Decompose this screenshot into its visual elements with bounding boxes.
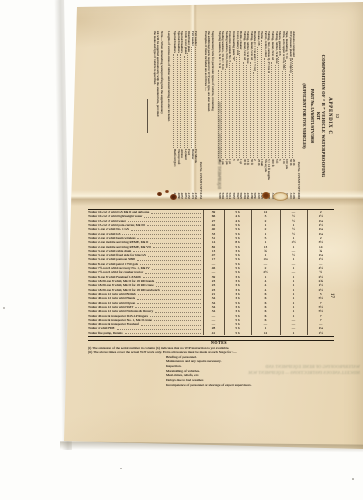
- dot-leader: [141, 325, 201, 326]
- dot-leader: [125, 333, 201, 334]
- dot-leader: [285, 60, 286, 157]
- rust-stain: [262, 192, 270, 199]
- kit-item-name: Undersealing paste “R”: [231, 31, 235, 61]
- kit-item-name: Tubing, metal, ⅜ in od: [270, 31, 274, 60]
- dot-leader: [137, 299, 200, 300]
- supp-item-row: Felt washer Humber 4174: [190, 31, 194, 199]
- dot-leader: [155, 312, 200, 313]
- dot-leader: [137, 303, 200, 304]
- dust-speck: [3, 307, 5, 309]
- dust-speck: [120, 468, 122, 469]
- kit-table-part-no-header: Part No. LV6/MT1/STV/4694: [296, 31, 300, 199]
- supp-para-line1: Supplementary kits for particular types …: [210, 31, 214, 199]
- kit-item-name: Sheets, gauzed U/S: [278, 31, 282, 56]
- trailer-serial-no: 41: [203, 331, 224, 335]
- kit-item-row: Cover, battery vent 6 5927: [235, 31, 239, 199]
- supp-item-row: Felt washer For Morris 4154: [194, 31, 198, 199]
- rust-stain: [157, 192, 162, 196]
- kit-item-name: Tubing, metal, ¼ in od: [249, 31, 253, 60]
- demand-note: Note.—When demanding waterproofing kits …: [152, 31, 163, 199]
- dot-leader: [195, 47, 196, 147]
- dot-leader: [156, 282, 200, 283]
- trailer-col-3-value: 12: [251, 331, 280, 335]
- dot-leader: [239, 51, 240, 157]
- supp-item-make: Bedford QLC: [173, 149, 177, 185]
- kit-item-name: Asbestos compound: [292, 31, 296, 57]
- kit-item-name: Tape, insulating, ½ in: [285, 31, 289, 59]
- kit-item-row: Tubing, metal, ⅜ in od 300 ft 3118: [270, 31, 274, 199]
- trailer-label: Trailer fire pump, Dennis: [88, 331, 123, 335]
- demand-note-line1: Note.—When demanding waterproofing kits …: [159, 31, 163, 199]
- kit-item-name: Sealing washers, ⅜ in, boxes: [224, 31, 228, 68]
- kit-item-row: W/P pressure plastic (or Gripon) 50 lb 3…: [288, 31, 292, 199]
- supp-item-row: Distributor plate Ford 4153: [187, 31, 191, 199]
- lengths-note: Lengths of various sizes of rubber and m…: [166, 31, 170, 191]
- supplementary-items-table: Felt washer For Morris 4154 Felt washer …: [173, 31, 198, 201]
- kit-item-row: Tubing, rubber, ⅜ in bore 5 ft 3114: [274, 31, 278, 199]
- trailer-col-5-value: 1½: [307, 331, 334, 335]
- supp-item-row: Cloth cover plates Leyland 4851: [183, 31, 187, 199]
- dust-speck: [352, 478, 354, 480]
- dot-leader: [152, 269, 201, 270]
- supp-item-name: Special breathers: [176, 31, 180, 53]
- kit-title-line1: COMPOSITION OF “ B ” VEHICLE WATERPROOFI…: [321, 31, 326, 201]
- kit-item-name: Fabric, cotton, oiled: [263, 31, 267, 57]
- dot-leader: [144, 217, 200, 218]
- dot-leader: [246, 65, 247, 157]
- dot-leader: [264, 58, 265, 157]
- dot-leader: [177, 54, 178, 147]
- supplementary-paragraph: Supplementary kits for particular types …: [203, 31, 214, 199]
- show-through-text-page12: EQUIPMENT WATERPROOFING INSTRUCTIONS: [217, 59, 222, 189]
- kit-item-row: Tubing, rubber, ¼ in bore 15 ft 4364: [246, 31, 250, 199]
- supp-item-name: Special breathers: [180, 31, 184, 53]
- kit-item-row: Tubing, metal, ⅛ in od 30 ft 4394: [242, 31, 246, 199]
- end-rule: [147, 99, 148, 133]
- dot-leader: [184, 56, 185, 148]
- supp-table-part-no-header: Part No. LV6/MT1/STV/4154: [198, 31, 202, 199]
- dot-leader: [253, 72, 254, 157]
- kit-contents-table: Asbestos compound 20 lb 3109 W/P pressur…: [217, 31, 295, 201]
- rust-stain: [165, 190, 169, 193]
- dot-leader: [236, 57, 237, 158]
- kit-item-row: Undersealing paste “R” 5 5957: [231, 31, 235, 199]
- kit-item-name: Cover, battery vent: [235, 31, 239, 55]
- dot-leader: [278, 57, 279, 157]
- sufficiency-line: (SUFFICIENT FOR FIVE VEHICLES): [302, 31, 307, 201]
- supp-item-name: Cloth cover plates: [183, 31, 187, 54]
- supp-item-name: Special breathers: [173, 31, 177, 53]
- dot-leader: [282, 71, 283, 157]
- kit-item-name: Bottle, cleaner: [239, 31, 243, 50]
- dot-leader: [150, 316, 201, 317]
- kit-item-row: Sealing washers, ⅜ in, boxes 1 pk 5315: [224, 31, 228, 199]
- kit-item-row: Grease, OS 25 lb 4345: [256, 31, 260, 199]
- dot-leader: [154, 320, 201, 321]
- page-12-rotated: 12 APPENDIX C COMPOSITION OF “ B ” VEHIC…: [68, 31, 340, 201]
- trailer-table-body: Trailer 10-cwt 2 whld GS Mk II and airbo…: [88, 210, 334, 335]
- dot-leader: [187, 53, 188, 147]
- supp-para-line3: Examples of items included are as follow…: [203, 31, 207, 199]
- page-12-number: 12: [335, 31, 340, 201]
- dot-leader: [150, 243, 200, 244]
- dot-leader: [250, 62, 251, 158]
- kit-item-qty: 1 qt: [239, 159, 243, 185]
- show-through-line2: MISCELLANEOUS INSTRUCTIONS — EQUIPMENT W…: [248, 370, 360, 376]
- dot-leader: [292, 58, 293, 157]
- show-through-text-notes: WATERPROOFING OF REME EQUIPMENT AND MISC…: [248, 364, 360, 376]
- kit-item-qty: 300 ft: [270, 159, 274, 185]
- kit-item-name: Wire, soft copper or iron, 16G: [281, 31, 285, 70]
- trailer-row: Trailer fire pump, Dennis 41 5 h 12 1 1½: [88, 331, 334, 335]
- supp-item-name: Distributor plate: [187, 31, 191, 52]
- kit-item-name: Tubing, metal, ⅛ in od: [242, 31, 246, 60]
- dot-leader: [275, 65, 276, 157]
- kit-item-row: Protective varnish No. 5 1 pt 5314: [228, 31, 232, 199]
- rust-stain-halo: [273, 192, 288, 201]
- dot-leader: [148, 256, 201, 257]
- dot-leader: [232, 63, 233, 158]
- kit-item-row: Asbestos compound 20 lb 3109: [292, 31, 296, 199]
- kit-item-row: Brushes (1 × 1 in and 1 × ½ in) 2 5850: [253, 31, 257, 199]
- note-allowance-item: Incompetence of personnel or shortage of…: [166, 383, 350, 388]
- dot-leader: [229, 63, 230, 157]
- dot-leader: [191, 47, 192, 147]
- kit-item-name: Tubing, rubber, ¼ in bore: [246, 31, 250, 64]
- page-17-number: 17: [329, 293, 334, 298]
- kit-item-row: Tape, insulating, ½ in 100 yds 3111: [285, 31, 289, 199]
- dot-leader: [257, 47, 258, 157]
- dot-leader: [180, 54, 181, 147]
- dot-leader: [268, 75, 269, 158]
- supp-item-name: Felt washer: [194, 31, 198, 46]
- dot-leader: [156, 286, 201, 287]
- kit-item-name: Tubing, flex, canvas Q. 2½ ins id: [267, 31, 271, 73]
- dot-leader: [145, 273, 200, 274]
- kit-item-qty: 25 lb: [256, 159, 260, 185]
- trailer-times-table: Trailer 10-cwt 2 whld GS Mk II and airbo…: [88, 209, 334, 341]
- kit-item-name: Tubing, rubber, ⅜ in bore: [274, 31, 278, 64]
- dot-leader: [261, 40, 262, 157]
- kit-item-name: Brushes (1 × 1 in and 1 × ½ in): [253, 31, 257, 71]
- trailer-col-4-value: 1: [280, 331, 307, 335]
- scanned-document: 12 APPENDIX C COMPOSITION OF “ B ” VEHIC…: [0, 0, 363, 500]
- kit-item-row: Fabric, cotton, oiled 5¾ sq yds 3190: [263, 31, 267, 199]
- supp-item-row: Special breathers Albion 4857: [180, 31, 184, 199]
- supp-item-name: Felt washer: [190, 31, 194, 46]
- rust-stain: [170, 194, 177, 200]
- dot-leader: [289, 74, 290, 158]
- kit-item-qty: 6: [235, 159, 239, 185]
- kit-item-row: Tubing, metal, ¼ in od 50 ft 4366: [249, 31, 253, 199]
- appendix-heading: APPENDIX C: [326, 31, 332, 201]
- kit-item-qty: 1 lb: [281, 159, 285, 185]
- supp-item-row: Special breathers Bedford QLC 4867: [173, 31, 177, 199]
- dot-leader: [173, 54, 174, 147]
- kit-part-number-line: PART No. LV6/MT1/STV/3010: [309, 31, 314, 201]
- kit-item-name: Protective varnish No. 5: [228, 31, 232, 62]
- dot-leader: [153, 247, 201, 248]
- dot-leader: [137, 260, 200, 261]
- dot-leader: [147, 225, 201, 226]
- kit-item-name: Twine: [260, 31, 264, 39]
- trailer-col-2-value: 5 h: [224, 331, 251, 335]
- supp-item-row: Special breathers Thornycroft 4860: [176, 31, 180, 199]
- dot-leader: [117, 329, 201, 330]
- kit-item-row: Tubing, flex, canvas Q. 2½ ins id 5 × 12…: [267, 31, 271, 199]
- dot-leader: [138, 294, 201, 295]
- dot-leader: [151, 213, 200, 214]
- dot-leader: [225, 69, 226, 157]
- dot-leader: [271, 62, 272, 158]
- dot-leader: [162, 290, 201, 291]
- dot-leader: [131, 230, 201, 231]
- kit-item-name: Grease, OS: [256, 31, 260, 46]
- dot-leader: [243, 62, 244, 158]
- kit-item-row: Wire, soft copper or iron, 16G 1 lb 3112: [281, 31, 285, 199]
- kit-item-name: W/P pressure plastic (or Gripon): [288, 31, 292, 73]
